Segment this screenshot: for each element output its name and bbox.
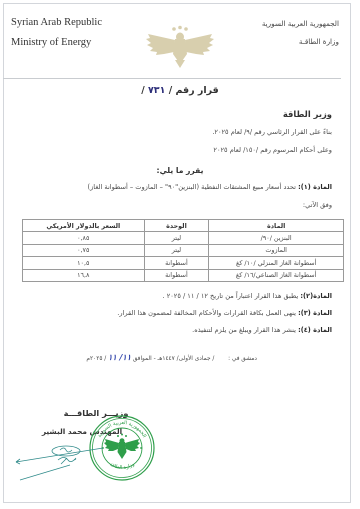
issuer-heading: وزير الطاقة	[283, 109, 332, 119]
table-row: البنزين /٩٠/ ليتر ٠,٨٥	[23, 232, 344, 244]
cell-price: ٠,٧٥	[23, 244, 145, 256]
decision-title-suffix: /	[141, 85, 144, 96]
cell-unit: أسطوانة	[144, 257, 209, 269]
article-1: المادة (١): تحدد أسعار مبيع المشتقات الن…	[88, 183, 332, 191]
table-row: أسطوانة الغاز المنزلي /١٠/ كغ أسطوانة ١٠…	[23, 257, 344, 269]
header-ministry-ar: وزارة الطاقـة	[299, 37, 339, 46]
article-3-label: المادة (٣):	[298, 309, 332, 317]
cell-unit: ليتر	[144, 232, 209, 244]
handwritten-signature-icon	[8, 440, 118, 485]
decision-title: قرار رقم / ٧٣١ /	[0, 85, 360, 96]
table-row: المازوت ليتر ٠,٧٥	[23, 244, 344, 256]
article-1-continuation: وفق الآتي:	[303, 201, 332, 209]
cell-price: ١٦,٨	[23, 269, 145, 281]
article-2: المادة(٢): يطبق هذا القرار اعتباراً من ت…	[163, 292, 333, 300]
table-row: أسطوانة الغاز الصناعي/١٦/ كغ أسطوانة ١٦,…	[23, 269, 344, 281]
cell-item: أسطوانة الغاز الصناعي/١٦/ كغ	[209, 269, 344, 281]
decision-number: ٧٣١	[148, 85, 165, 96]
header-country-ar: الجمهورية العربية السورية	[262, 19, 339, 28]
article-3: المادة (٣): ينهى العمل بكافة القرارات وا…	[117, 309, 332, 317]
header-item: المادة	[209, 220, 344, 232]
article-1-label: المادة (١):	[298, 183, 332, 191]
cell-price: ٠,٨٥	[23, 232, 145, 244]
header-ministry-en: Ministry of Energy	[11, 37, 91, 48]
handwritten-date: ١١/ ١١	[108, 353, 131, 362]
article-4-label: المادة (٤):	[298, 326, 332, 334]
cell-item: البنزين /٩٠/	[209, 232, 344, 244]
eagle-emblem-icon	[144, 24, 216, 68]
header-price: السعر بالدولار الأمريكي	[23, 220, 145, 232]
article-2-text: يطبق هذا القرار اعتباراً من تاريخ ١٢ / ١…	[163, 292, 299, 300]
cell-item: المازوت	[209, 244, 344, 256]
cell-unit: ليتر	[144, 244, 209, 256]
preamble-line-1: بناءً على القرار الرئاسي رقم /٩/ لعام ٢٠…	[212, 128, 332, 136]
header-country-en: Syrian Arab Republic	[11, 17, 102, 28]
cell-price: ١٠,٥	[23, 257, 145, 269]
header-separator	[3, 78, 341, 79]
preamble-line-2: وعلى أحكام المرسوم رقم /١٥٠/ لعام ٢٠٢٥	[213, 146, 332, 154]
header-unit: الوحدة	[144, 220, 209, 232]
dated-line: دمشق في : / جمادى الأولى/ ١٤٤٧هـ - الموا…	[86, 353, 257, 362]
decision-title-prefix: قرار رقم /	[169, 85, 219, 96]
dated-prefix: دمشق في :	[228, 356, 257, 362]
article-3-text: ينهى العمل بكافة القرارات والأحكام المخا…	[117, 309, 296, 317]
article-2-label: المادة(٢):	[300, 292, 332, 300]
cell-unit: أسطوانة	[144, 269, 209, 281]
article-4: المادة (٤): ينشر هذا القرار ويبلغ من يلز…	[192, 326, 332, 334]
price-table: المادة الوحدة السعر بالدولار الأمريكي ال…	[22, 219, 344, 282]
svg-text:الجمهورية العربية السورية: الجمهورية العربية السورية	[97, 420, 148, 439]
decides-heading: يقرر ما يلي:	[0, 166, 360, 175]
article-1-text: تحدد أسعار مبيع المشتقات النفطية (البنزي…	[88, 183, 296, 191]
cell-item: أسطوانة الغاز المنزلي /١٠/ كغ	[209, 257, 344, 269]
table-header-row: المادة الوحدة السعر بالدولار الأمريكي	[23, 220, 344, 232]
dated-gregorian: / ٢٠٢٥م	[86, 356, 106, 362]
dated-hijri: / جمادى الأولى/ ١٤٤٧هـ - الموافق	[133, 356, 215, 362]
article-4-text: ينشر هذا القرار ويبلغ من يلزم لتنفيذه.	[192, 326, 296, 334]
